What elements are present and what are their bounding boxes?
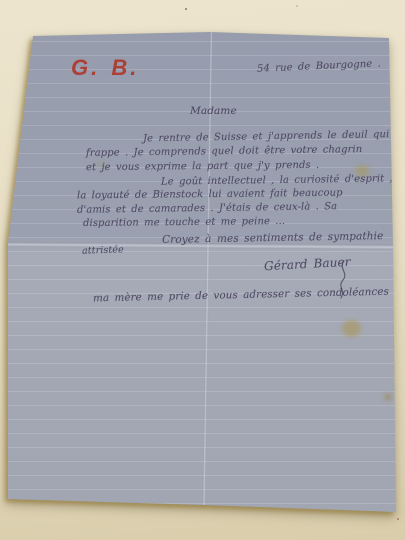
letterhead-initials: G. B. (71, 55, 139, 81)
body-line: disparition me touche et me peine ... (83, 216, 285, 229)
age-stain (342, 320, 361, 337)
age-stain (384, 393, 392, 401)
body-line: la loyauté de Bienstock lui avaient fait… (77, 188, 343, 202)
photo-background: G. B. 54 rue de Bourgogne . Madame Je re… (0, 0, 405, 540)
body-line: Le goût intellectuel , la curiosité d'es… (161, 173, 393, 187)
address-line: 54 rue de Bourgogne . (257, 58, 381, 74)
body-line: d'amis et de camarades . J'étais de ceux… (77, 201, 337, 216)
body-line: et je vous exprime la part que j'y prend… (86, 160, 319, 173)
body-line: frappe . Je comprends quel doit être vot… (86, 144, 362, 159)
letter-paper: G. B. 54 rue de Bourgogne . Madame Je re… (0, 0, 405, 540)
vertical-fold-crease (202, 30, 213, 512)
letter-sheet: G. B. 54 rue de Bourgogne . Madame Je re… (0, 0, 405, 540)
closing-line: attristée (82, 244, 124, 256)
salutation: Madame (190, 105, 237, 117)
body-line: Je rentre de Suisse et j'apprends le deu… (143, 129, 405, 145)
